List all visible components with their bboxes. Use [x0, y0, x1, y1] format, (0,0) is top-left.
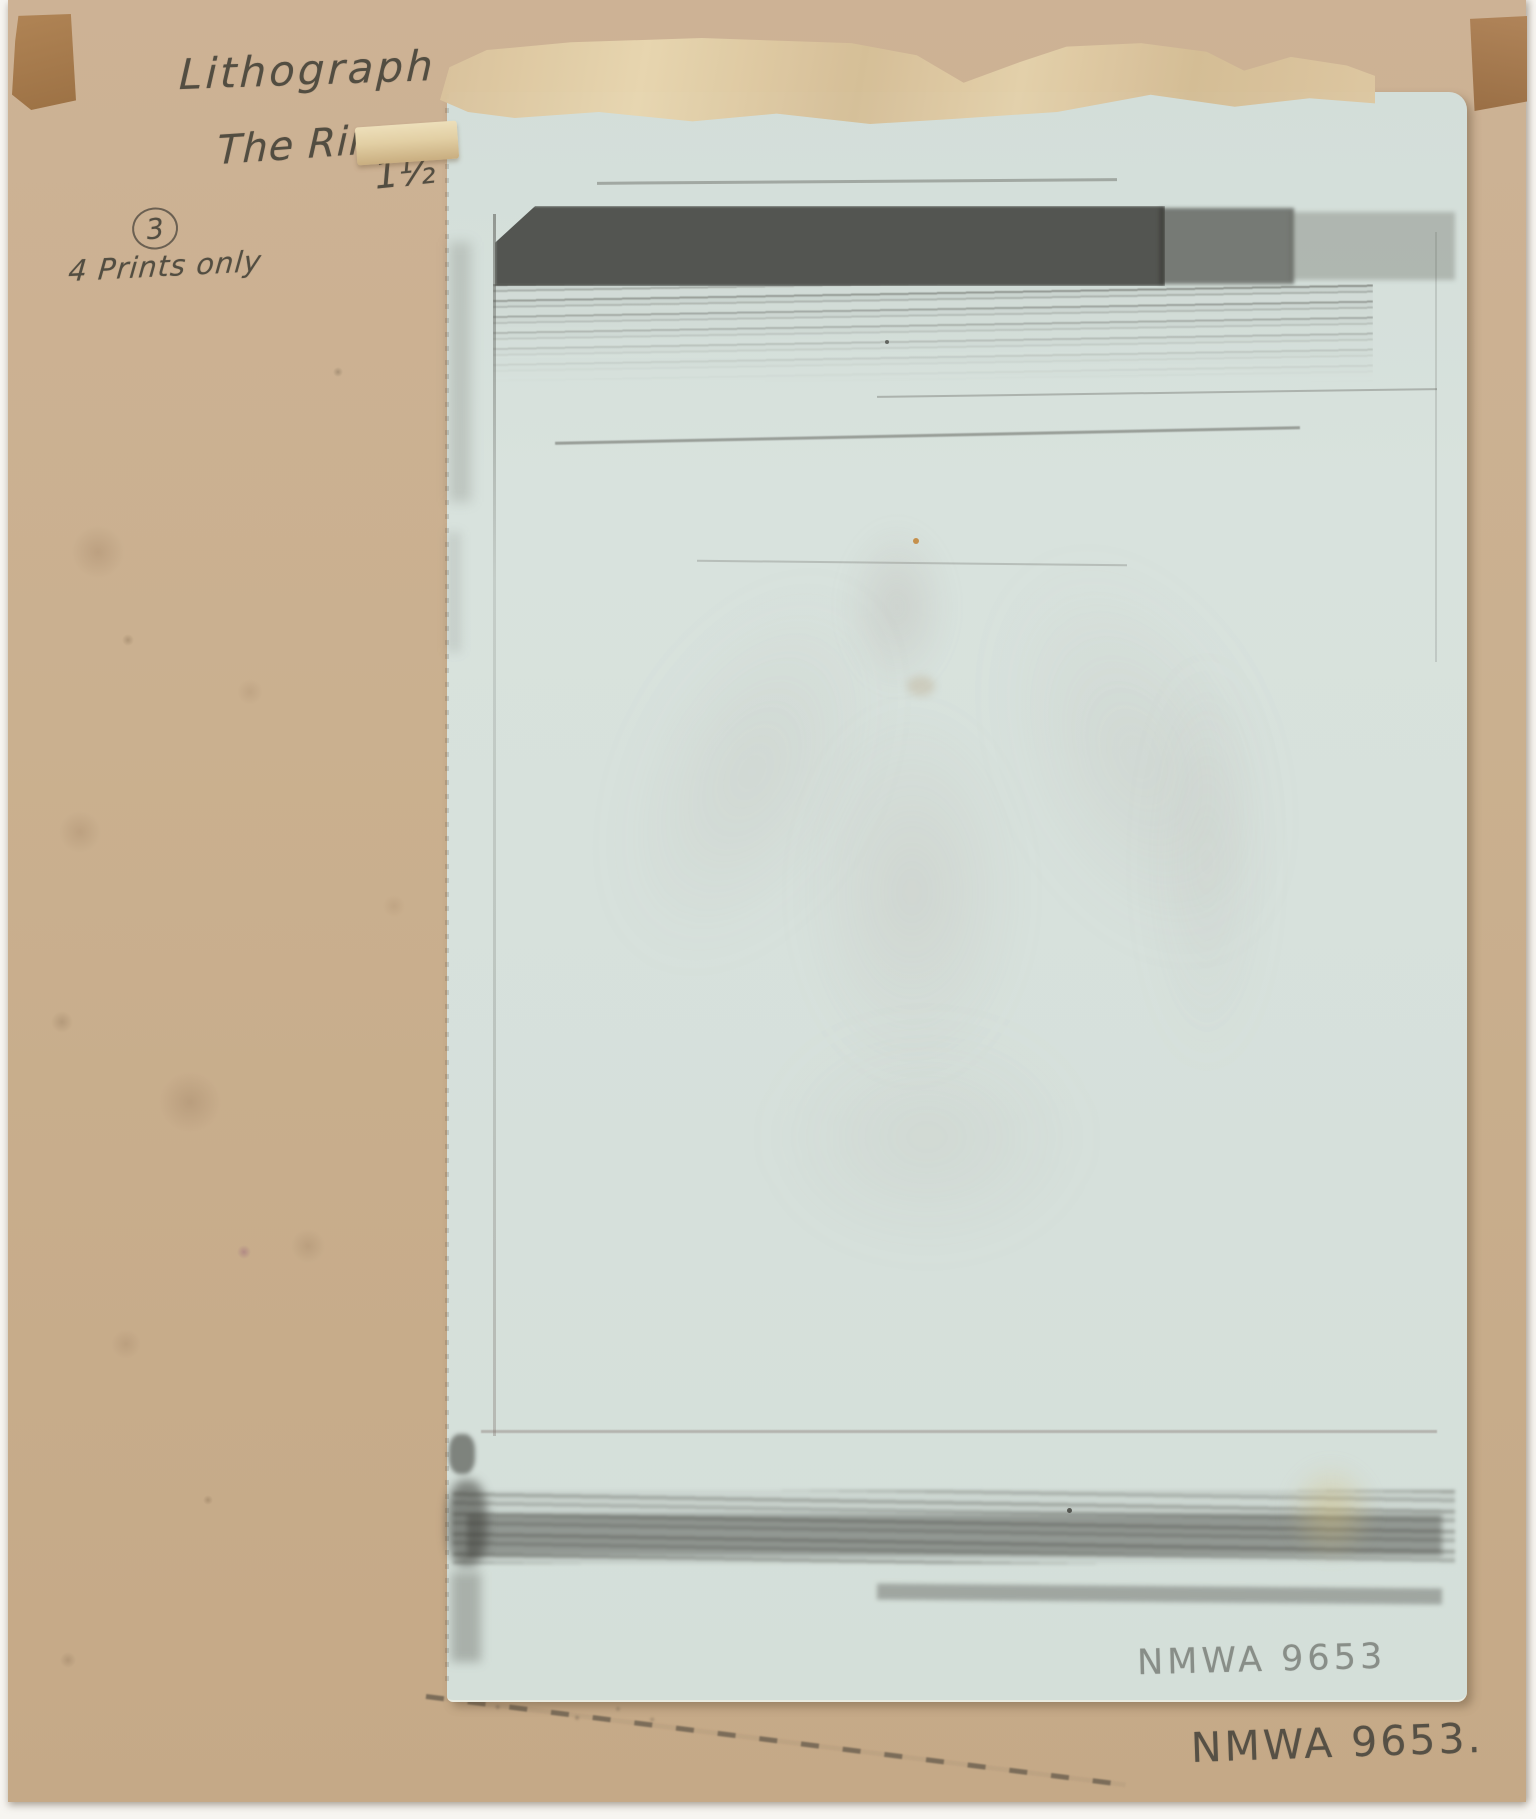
plate-line-left	[493, 214, 496, 1436]
annotation-circled-number: 3	[130, 205, 180, 252]
archival-photo-scene: Lithograph The Ring. 1½ g 3 4 Prints onl…	[0, 0, 1536, 1819]
tape-crumpled-fold	[355, 120, 459, 165]
ink-band-bottom-blob	[447, 1480, 487, 1566]
stain-beige	[907, 676, 935, 696]
edge-ink-smudge	[447, 532, 461, 652]
tape-top-right-corner	[1470, 16, 1527, 111]
ink-band-top-mid	[1159, 208, 1294, 284]
stain-yellow	[1285, 1460, 1377, 1562]
stain-dot	[885, 340, 889, 344]
accession-number-sheet: NMWA 9653	[1137, 1637, 1387, 1684]
ghost-figure-column	[1147, 652, 1267, 1072]
ghost-figure-lower	[767, 1022, 1087, 1252]
plate-line-bottom	[481, 1430, 1437, 1433]
edge-ink-smudge	[451, 1572, 481, 1662]
circled-number-value: 3	[144, 211, 165, 246]
edge-ink-hook	[449, 1434, 475, 1474]
accession-number-mount: NMWA 9653.	[1190, 1714, 1484, 1772]
ink-band-top-core	[495, 206, 1165, 286]
verso-sheet: NMWA 9653	[447, 92, 1467, 1702]
stain-dot	[1067, 1508, 1072, 1513]
annotation-medium: Lithograph	[178, 41, 436, 99]
edge-ink-smudge	[449, 242, 471, 502]
ink-band-top-right	[1290, 212, 1455, 280]
ink-band-top-fade	[493, 284, 1373, 396]
ink-streak	[555, 426, 1300, 445]
ink-band-bottom-tail	[877, 1584, 1442, 1605]
stain-dot	[913, 538, 919, 544]
tape-top-left-corner	[12, 14, 76, 110]
plate-line-right	[1435, 232, 1437, 662]
annotation-edition: 4 Prints only	[67, 244, 263, 288]
ink-streak	[597, 178, 1117, 185]
